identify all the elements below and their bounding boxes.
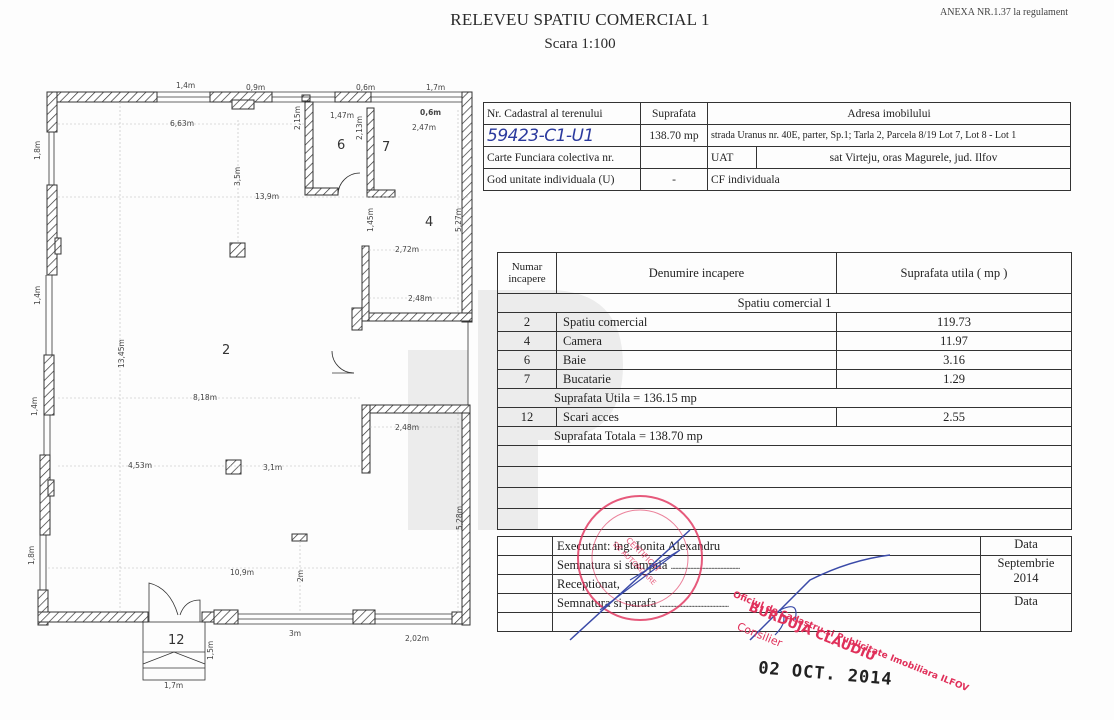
svg-text:2,72m: 2,72m: [395, 245, 419, 254]
table-row: 12 Scari acces 2.55: [498, 408, 1072, 427]
svg-text:4,53m: 4,53m: [128, 461, 152, 470]
svg-text:10,9m: 10,9m: [230, 568, 254, 577]
cod-value: -: [641, 169, 708, 191]
signature-scribble-icon: [560, 520, 900, 650]
annex-label: ANEXA NR.1.37 la regulament: [940, 7, 1068, 18]
svg-text:8,18m: 8,18m: [193, 393, 217, 402]
svg-text:1,4m: 1,4m: [33, 286, 42, 305]
room-label-6: 6: [337, 138, 345, 153]
svg-text:2,48m: 2,48m: [408, 294, 432, 303]
address-label: Adresa imobilului: [708, 103, 1071, 125]
surface-label: Suprafata: [641, 103, 708, 125]
room-label-2: 2: [222, 343, 230, 358]
svg-text:0,6m: 0,6m: [420, 108, 441, 117]
received-date-stamp: 02 OCT. 2014: [757, 658, 893, 690]
svg-text:2,13m: 2,13m: [355, 116, 364, 140]
section-title: Spatiu comercial 1: [498, 294, 1072, 313]
carte-funciara-value: [641, 147, 708, 169]
cadastral-number: 59423-C1-U1: [484, 125, 641, 147]
svg-text:2,48m: 2,48m: [395, 423, 419, 432]
date-value: Septembrie 2014: [981, 556, 1072, 594]
date-label-2: Data: [981, 594, 1072, 632]
svg-text:3,5m: 3,5m: [233, 167, 242, 186]
svg-text:1,8m: 1,8m: [33, 141, 42, 160]
svg-text:2m: 2m: [296, 570, 305, 582]
dim-top-1: 1,4m: [176, 81, 195, 90]
svg-text:13,45m: 13,45m: [117, 339, 126, 368]
svg-text:2,02m: 2,02m: [405, 634, 429, 643]
room-label-12: 12: [168, 633, 185, 648]
uat-value: sat Virteju, oras Magurele, jud. Ilfov: [757, 147, 1071, 169]
total-area: Suprafata Totala = 138.70 mp: [498, 427, 1072, 446]
table-row: 2 Spatiu comercial 119.73: [498, 313, 1072, 332]
floor-plan: 1,4m 0,9m 0,6m 1,7m 6,63m 1,47m 0,6m 2,4…: [0, 0, 480, 720]
svg-text:1,5m: 1,5m: [206, 641, 215, 660]
svg-text:6,63m: 6,63m: [170, 119, 194, 128]
svg-text:2,15m: 2,15m: [293, 106, 302, 130]
cod-label: God unitate individuala (U): [484, 169, 641, 191]
svg-text:1,7m: 1,7m: [164, 681, 183, 690]
room-label-7: 7: [382, 140, 390, 155]
svg-text:1,8m: 1,8m: [27, 546, 36, 565]
svg-text:5,27m: 5,27m: [454, 208, 463, 232]
svg-text:1,47m: 1,47m: [330, 111, 354, 120]
surface-value: 138.70 mp: [641, 125, 708, 147]
svg-text:5,28m: 5,28m: [455, 506, 464, 530]
useful-area-total: Suprafata Utila = 136.15 mp: [498, 389, 1072, 408]
header-area: Suprafata utila ( mp ): [837, 253, 1072, 294]
svg-text:1,4m: 1,4m: [30, 397, 39, 416]
svg-text:0,9m: 0,9m: [246, 83, 265, 92]
table-row: 4 Camera 11.97: [498, 332, 1072, 351]
cf-label: CF individuala: [708, 169, 1071, 191]
room-label-4: 4: [425, 215, 433, 230]
header-number: Numar incapere: [498, 253, 557, 294]
property-info-table: Nr. Cadastral al terenului Suprafata Adr…: [483, 102, 1071, 191]
table-row: 7 Bucatarie 1.29: [498, 370, 1072, 389]
header-name: Denumire incapere: [557, 253, 837, 294]
carte-funciara-label: Carte Funciara colectiva nr.: [484, 147, 641, 169]
uat-label: UAT: [708, 147, 757, 169]
address-value: strada Uranus nr. 40E, parter, Sp.1; Tar…: [708, 125, 1071, 147]
svg-text:3m: 3m: [289, 629, 301, 638]
svg-text:3,1m: 3,1m: [263, 463, 282, 472]
date-label-1: Data: [981, 537, 1072, 556]
svg-text:1,45m: 1,45m: [366, 208, 375, 232]
svg-text:13,9m: 13,9m: [255, 192, 279, 201]
svg-text:0,6m: 0,6m: [356, 83, 375, 92]
table-row: 6 Baie 3.16: [498, 351, 1072, 370]
svg-text:1,7m: 1,7m: [426, 83, 445, 92]
cadastral-label: Nr. Cadastral al terenului: [484, 103, 641, 125]
svg-text:2,47m: 2,47m: [412, 123, 436, 132]
